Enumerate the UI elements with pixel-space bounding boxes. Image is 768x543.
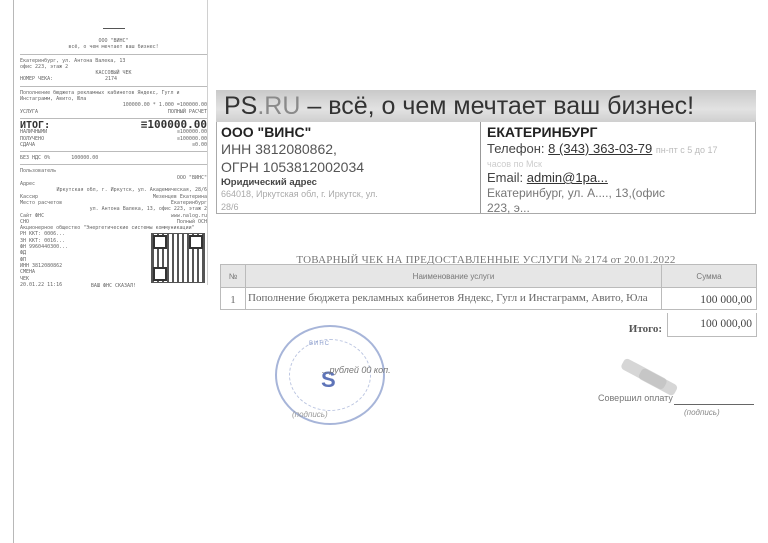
phone-label: Телефон: (487, 141, 545, 156)
signature-line (674, 404, 754, 405)
receipt-payment-row: СДАЧА≡0.00 (20, 142, 207, 148)
slip-total-label: Итого: (629, 323, 662, 335)
receipt-item-payment: ПОЛНЫЙ РАСЧЕТ (168, 109, 207, 115)
receipt-tear-mark (103, 28, 125, 29)
receipt-number: 2174 (105, 76, 117, 82)
company-inn: ИНН 3812080862, (221, 140, 476, 158)
cash-receipt: ООО "ВИНС" всё, о чем мечтает ваш бизнес… (20, 28, 207, 290)
company-contacts: ЕКАТЕРИНБУРГ Телефон: 8 (343) 363-03-79 … (481, 122, 755, 213)
divider (20, 86, 207, 87)
receipt-thanks: ВАШ ФНС СКАЗАЛ! (20, 283, 207, 289)
slogan-prefix: PS (224, 92, 257, 120)
receipt-slogan: всё, о чем мечтает ваш бизнес! (20, 44, 207, 50)
phone-hours-tz: часов по Мск (487, 159, 749, 169)
legal-address-line1: 664018, Иркутская обл, г. Иркутск, ул. (221, 188, 476, 201)
company-info-box: ООО "ВИНС" ИНН 3812080862, ОГРН 10538120… (216, 122, 756, 214)
legal-address-label: Юридический адрес (221, 177, 476, 188)
col-number: № (221, 265, 246, 288)
receipt-total-value: ≡100000.00 (141, 122, 207, 128)
vat-value: 100000.00 (71, 155, 98, 161)
company-slogan-banner: PS.RU – всё, о чем мечтает ваш бизнес! (216, 90, 756, 122)
slip-total-value: 100 000,00 (667, 313, 757, 337)
qr-code-icon (151, 233, 205, 283)
amount-in-words: ...рублей 00 коп. (322, 365, 391, 375)
contact-phone-row: Телефон: 8 (343) 363-03-79 пн-пт с 5 до … (487, 140, 749, 159)
company-ogrn: ОГРН 1053812002034 (221, 158, 476, 176)
col-sum: Сумма (662, 265, 757, 288)
contact-address-2: 223, э... (487, 201, 749, 216)
receipt-vat-row: БЕЗ НДС 0% 100000.00 (20, 155, 207, 161)
signer-label: Совершил оплату (598, 393, 673, 403)
divider (20, 151, 207, 152)
legal-address-line2: 28/6 (221, 201, 476, 214)
vat-label: БЕЗ НДС 0% (20, 155, 50, 161)
receipt-total-row: ИТОГ: ≡100000.00 (20, 122, 207, 129)
divider (20, 164, 207, 165)
company-requisites: ООО "ВИНС" ИНН 3812080862, ОГРН 10538120… (217, 122, 481, 213)
scan-edge (13, 0, 14, 543)
receipt-item-desc: Пополнение бюджета рекламных кабинетов Я… (20, 90, 207, 103)
payment-value: ≡0.00 (192, 142, 207, 148)
place-label: Место расчетов (20, 200, 62, 206)
receipt-fiscal-block: РН ККТ: 0006...ЗН ККТ: 0016...ФН 9960440… (20, 231, 140, 288)
company-name: ООО "ВИНС" (221, 124, 476, 140)
email-label: Email: (487, 170, 523, 185)
email-link[interactable]: admin@1pa... (527, 170, 608, 185)
phone-link[interactable]: 8 (343) 363-03-79 (548, 141, 652, 156)
stamp-name: ВИНС (309, 341, 330, 347)
row-number: 1 (221, 288, 246, 310)
receipt-item-type: УСЛУГА (20, 109, 38, 115)
table-header-row: № Наименование услуги Сумма (221, 265, 757, 288)
phone-hours: пн-пт с 5 до 17 (656, 145, 718, 155)
row-sum: 100 000,00 (662, 288, 757, 310)
row-service-name: Пополнение бюджета рекламных кабинетов Я… (246, 288, 662, 310)
payment-label: СДАЧА (20, 142, 35, 148)
receipt-edge (207, 0, 208, 285)
contact-city: ЕКАТЕРИНБУРГ (487, 124, 749, 140)
receipt-number-label: НОМЕР ЧЕКА: (20, 76, 53, 82)
divider (20, 54, 207, 55)
col-service-name: Наименование услуги (246, 265, 662, 288)
contact-address-1: Екатеринбург, ул. А...., 13,(офис (487, 186, 749, 201)
receipt-item-meta: УСЛУГА ПОЛНЫЙ РАСЧЕТ (20, 109, 207, 115)
signature-caption-left: (подпись) (292, 410, 328, 419)
signature-caption-right: (подпись) (684, 408, 720, 417)
receipt-number-row: НОМЕР ЧЕКА: 2174 (20, 76, 207, 82)
slogan-text: – всё, о чем мечтает ваш бизнес! (300, 92, 694, 120)
contact-email-row: Email: admin@1pa... (487, 169, 749, 186)
slogan-domain: .RU (257, 92, 300, 120)
services-table: № Наименование услуги Сумма 1 Пополнение… (220, 264, 757, 310)
table-row: 1 Пополнение бюджета рекламных кабинетов… (221, 288, 757, 310)
